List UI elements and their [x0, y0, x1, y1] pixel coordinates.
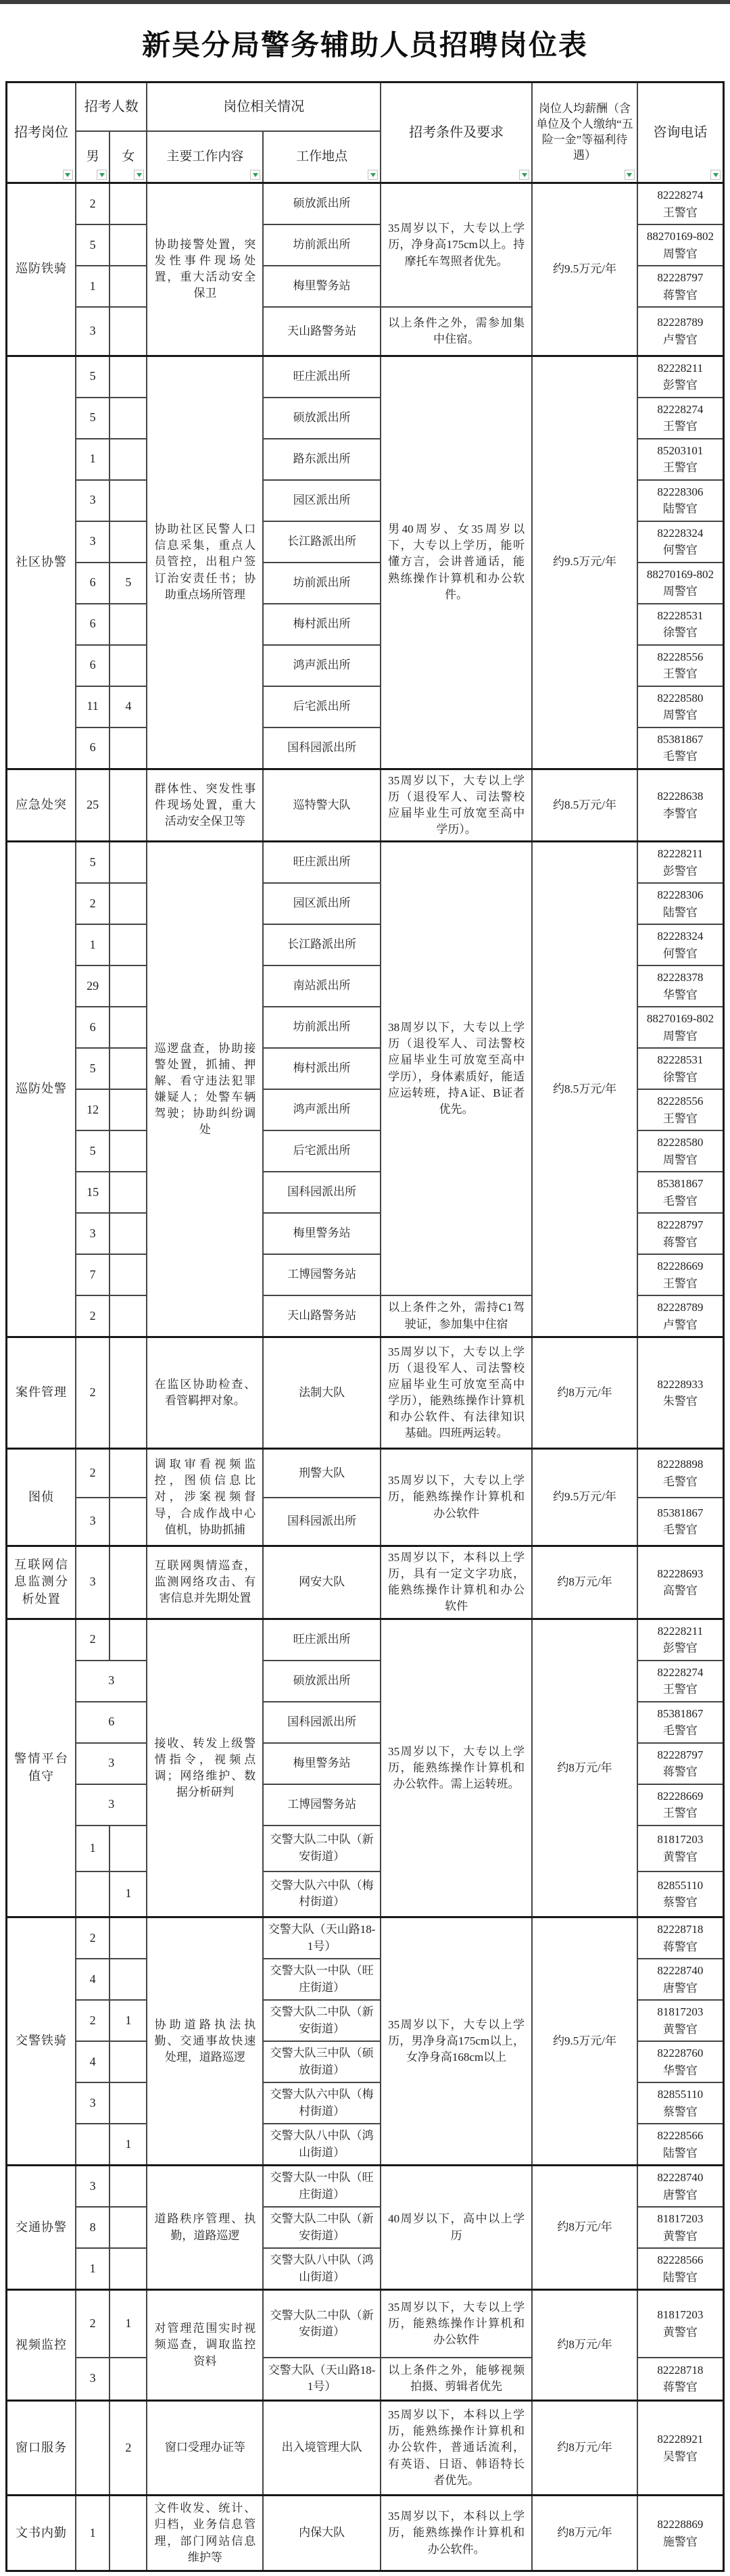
female-count-cell	[109, 965, 147, 1007]
female-count-cell: 2	[109, 2401, 147, 2496]
officer-name: 卢警官	[643, 331, 718, 349]
position-cell: 巡防铁骑	[7, 183, 76, 356]
chevron-down-icon	[137, 173, 142, 177]
salary-cell: 约8万元/年	[532, 2290, 637, 2401]
location-cell: 旺庄派出所	[263, 842, 381, 884]
officer-name: 王警官	[643, 1110, 718, 1128]
content-cell: 协助社区民警人口信息采集，重点人员管控，出租户签订治安责任书；协助重点场所管理	[147, 356, 263, 769]
male-count-cell: 2	[76, 183, 109, 225]
female-count-cell: 5	[109, 563, 147, 604]
female-count-cell	[109, 1130, 147, 1172]
officer-name: 蔡警官	[643, 1894, 718, 1911]
location-cell: 交警大队二中队（新安街道）	[263, 2000, 381, 2041]
phone-cell: 82228274王警官	[637, 398, 724, 439]
male-count-cell: 2	[76, 1619, 109, 1661]
female-count-cell	[109, 2496, 147, 2571]
location-cell: 刑警大队	[263, 1449, 381, 1498]
location-cell: 梅村派出所	[263, 1048, 381, 1089]
location-cell: 旺庄派出所	[263, 356, 381, 398]
male-count-cell	[76, 2401, 109, 2496]
position-cell: 应急处突	[7, 769, 76, 842]
location-cell: 国科园派出所	[263, 1172, 381, 1213]
phone-number: 82228797	[643, 1216, 718, 1234]
phone-number: 81817203	[643, 1831, 718, 1848]
content-cell: 互联网舆情巡查，监测网络攻击、有害信息并先期处置	[147, 1546, 263, 1619]
phone-number: 85203101	[643, 442, 718, 460]
location-cell: 硕放派出所	[263, 398, 381, 439]
phone-number: 88270169-802	[643, 228, 718, 245]
phone-cell: 82228306陆警官	[637, 883, 724, 924]
male-count-cell: 3	[76, 2166, 109, 2208]
male-count-cell: 4	[76, 1959, 109, 2000]
header-count-group: 招考人数	[76, 82, 147, 132]
location-cell: 路东派出所	[263, 439, 381, 480]
phone-cell: 82228274王警官	[637, 183, 724, 225]
phone-cell: 82228760华警官	[637, 2041, 724, 2082]
female-count-cell	[109, 1449, 147, 1498]
position-cell: 图侦	[7, 1449, 76, 1546]
female-count-cell	[109, 398, 147, 439]
phone-number: 82228789	[643, 314, 718, 331]
header-content: 主要工作内容	[147, 131, 263, 183]
male-count-cell	[76, 1871, 109, 1917]
header-location: 工作地点	[263, 131, 381, 183]
male-count-cell: 5	[76, 1130, 109, 1172]
phone-cell: 85381867毛警官	[637, 728, 724, 769]
phone-number: 82228760	[643, 2045, 718, 2062]
phone-cell: 82228556王警官	[637, 645, 724, 686]
salary-cell: 约9.5万元/年	[532, 1917, 637, 2166]
location-cell: 国科园派出所	[263, 728, 381, 769]
location-cell: 工博园警务站	[263, 1254, 381, 1295]
phone-cell: 88270169-802周警官	[637, 563, 724, 604]
female-count-cell	[109, 1498, 147, 1546]
phone-cell: 82228797蒋警官	[637, 1743, 724, 1784]
phone-number: 82228274	[643, 1664, 718, 1681]
phone-number: 82228324	[643, 928, 718, 945]
phone-number: 81817203	[643, 2210, 718, 2228]
male-count-cell: 15	[76, 1172, 109, 1213]
phone-number: 82228638	[643, 788, 718, 805]
condition-cell: 以上条件之外，需持C1驾驶证，参加集中住宿	[381, 1295, 532, 1337]
table-header: 招考岗位 招考人数 岗位相关情况 招考条件及要求 岗位人均薪酬（含单位及个人缴纳…	[7, 82, 724, 183]
table-body: 巡防铁骑2协助接警处置，突发性事件现场处置，重大活动安全保卫硕放派出所35周岁以…	[7, 183, 724, 2571]
content-cell: 文件收发、统计、归档，业务信息管理，部门网站信息维护等	[147, 2496, 263, 2571]
officer-name: 彭警官	[643, 863, 718, 880]
phone-cell: 81817203黄警官	[637, 2207, 724, 2248]
count-cell: 3	[76, 1743, 147, 1784]
table-row: 警情平台值守2接收、转发上级警情指令，视频点调；网络维护、数据分析研判旺庄派出所…	[7, 1619, 724, 1661]
officer-name: 王警官	[643, 204, 718, 222]
condition-cell: 男40周岁、女35周岁以下，大专以上学历，能听懂方言，会讲普通话，能熟练操作计算…	[381, 356, 532, 769]
header-phone: 咨询电话	[637, 82, 724, 183]
phone-cell: 82228638李警官	[637, 769, 724, 842]
officer-name: 李警官	[643, 805, 718, 823]
salary-cell: 约8万元/年	[532, 1619, 637, 1917]
chevron-down-icon	[253, 173, 258, 177]
location-cell: 鸿声派出所	[263, 645, 381, 686]
female-count-cell	[109, 924, 147, 965]
female-count-cell: 1	[109, 1871, 147, 1917]
male-count-cell: 2	[76, 1449, 109, 1498]
filter-icon[interactable]	[519, 170, 529, 180]
count-cell: 3	[76, 1784, 147, 1826]
phone-cell: 85381867毛警官	[637, 1172, 724, 1213]
officer-name: 陆警官	[643, 904, 718, 922]
location-cell: 硕放派出所	[263, 1661, 381, 1702]
male-count-cell: 5	[76, 356, 109, 398]
female-count-cell	[109, 1826, 147, 1871]
male-count-cell: 3	[76, 1546, 109, 1619]
female-count-cell	[109, 1546, 147, 1619]
location-cell: 法制大队	[263, 1337, 381, 1449]
female-count-cell	[109, 307, 147, 356]
officer-name: 王警官	[643, 459, 718, 477]
male-count-cell: 3	[76, 307, 109, 356]
header-position-label: 招考岗位	[14, 125, 68, 140]
phone-cell: 82228566陆警官	[637, 2248, 724, 2290]
phone-number: 82228566	[643, 2251, 718, 2269]
location-cell: 交警大队六中队（梅村街道）	[263, 2082, 381, 2124]
content-cell: 协助道路执法执勤、交通事故快速处理，道路巡逻	[147, 1917, 263, 2166]
phone-number: 82855110	[643, 1877, 718, 1894]
filter-icon[interactable]	[63, 170, 73, 180]
phone-number: 85381867	[643, 1175, 718, 1193]
content-cell: 道路秩序管理、执勤，道路巡逻	[147, 2166, 263, 2290]
female-count-cell	[109, 1959, 147, 2000]
phone-cell: 82228211彭警官	[637, 1619, 724, 1661]
filter-icon[interactable]	[625, 170, 635, 180]
condition-cell: 35周岁以下，大专以上学历，净身高175cm以上。持摩托车驾照者优先。	[381, 183, 532, 308]
phone-cell: 81817203黄警官	[637, 2000, 724, 2041]
header-related-group-label: 岗位相关情况	[223, 99, 304, 114]
phone-number: 85381867	[643, 1705, 718, 1723]
officer-name: 黄警官	[643, 1848, 718, 1866]
salary-cell: 约8.5万元/年	[532, 769, 637, 842]
male-count-cell	[76, 2124, 109, 2166]
filter-icon[interactable]	[97, 170, 107, 180]
female-count-cell	[109, 1337, 147, 1449]
phone-cell: 82228693高警官	[637, 1546, 724, 1619]
phone-cell: 82228797蒋警官	[637, 1213, 724, 1254]
table-row: 交警铁骑2协助道路执法执勤、交通事故快速处理，道路巡逻交警大队（天山路18-1号…	[7, 1917, 724, 1959]
phone-number: 82228566	[643, 2127, 718, 2145]
phone-number: 82228669	[643, 1258, 718, 1275]
salary-cell: 约9.5万元/年	[532, 1449, 637, 1546]
location-cell: 交警大队（天山路18-1号）	[263, 1917, 381, 1959]
officer-name: 周警官	[643, 1151, 718, 1169]
header-location-label: 工作地点	[296, 149, 347, 164]
location-cell: 交警大队一中队（旺庄街道）	[263, 1959, 381, 2000]
phone-number: 82228324	[643, 525, 718, 542]
location-cell: 交警大队二中队（新安街道）	[263, 2290, 381, 2358]
chevron-down-icon	[99, 173, 105, 177]
female-count-cell	[109, 480, 147, 521]
officer-name: 唐警官	[643, 1980, 718, 1997]
position-cell: 警情平台值守	[7, 1619, 76, 1917]
male-count-cell: 8	[76, 2207, 109, 2248]
location-cell: 交警大队二中队（新安街道）	[263, 2207, 381, 2248]
phone-number: 82228789	[643, 1299, 718, 1316]
phone-cell: 81817203黄警官	[637, 2290, 724, 2358]
location-cell: 内保大队	[263, 2496, 381, 2571]
female-count-cell	[109, 769, 147, 842]
male-count-cell: 2	[76, 1337, 109, 1449]
location-cell: 坊前派出所	[263, 563, 381, 604]
header-count-group-label: 招考人数	[84, 99, 139, 114]
male-count-cell: 29	[76, 965, 109, 1007]
phone-number: 88270169-802	[643, 566, 718, 583]
position-cell: 交通协警	[7, 2166, 76, 2290]
salary-cell: 约9.5万元/年	[532, 356, 637, 769]
officer-name: 毛警官	[643, 1193, 718, 1210]
officer-name: 彭警官	[643, 1640, 718, 1657]
female-count-cell	[109, 1619, 147, 1661]
phone-number: 82228898	[643, 1456, 718, 1473]
officer-name: 朱警官	[643, 1393, 718, 1410]
phone-cell: 82228898毛警官	[637, 1449, 724, 1498]
location-cell: 网安大队	[263, 1546, 381, 1619]
phone-cell: 82228211彭警官	[637, 356, 724, 398]
female-count-cell	[109, 645, 147, 686]
female-count-cell: 1	[109, 2290, 147, 2358]
condition-cell: 35周岁以下，大专以上学历，能熟练操作计算机和办公软件。需上运转班。	[381, 1619, 532, 1917]
female-count-cell	[109, 356, 147, 398]
phone-number: 82228718	[643, 1921, 718, 1938]
phone-cell: 88270169-802周警官	[637, 224, 724, 266]
location-cell: 巡特警大队	[263, 769, 381, 842]
officer-name: 高警官	[643, 1582, 718, 1600]
table-row: 巡防铁骑2协助接警处置，突发性事件现场处置，重大活动安全保卫硕放派出所35周岁以…	[7, 183, 724, 225]
table-row: 图侦2调取审看视频监控，图侦信息比对，涉案视频督导，合成作战中心值机，协助抓捕刑…	[7, 1449, 724, 1498]
male-count-cell: 5	[76, 842, 109, 884]
table-row: 互联网信息监测分析处置3互联网舆情巡查，监测网络攻击、有害信息并先期处置网安大队…	[7, 1546, 724, 1619]
header-content-label: 主要工作内容	[166, 149, 243, 164]
filter-icon[interactable]	[134, 170, 144, 180]
phone-number: 82228740	[643, 1962, 718, 1980]
condition-cell: 以上条件之外，能够视频拍摄、剪辑者优先	[381, 2358, 532, 2401]
phone-number: 82228274	[643, 187, 718, 204]
table-row: 巡防处警5巡逻盘查，协助接警处置，抓捕、押解、看守违法犯罪嫌疑人；处警车辆驾驶；…	[7, 842, 724, 884]
female-count-cell	[109, 2166, 147, 2208]
position-cell: 社区协警	[7, 356, 76, 769]
male-count-cell: 2	[76, 2000, 109, 2041]
phone-cell: 82228531徐警官	[637, 1048, 724, 1089]
position-cell: 文书内勤	[7, 2496, 76, 2571]
officer-name: 周警官	[643, 583, 718, 600]
female-count-cell	[109, 439, 147, 480]
location-cell: 国科园派出所	[263, 1702, 381, 1743]
phone-number: 85381867	[643, 731, 718, 748]
location-cell: 交警大队二中队（新安街道）	[263, 1826, 381, 1871]
male-count-cell: 1	[76, 2496, 109, 2571]
officer-name: 蒋警官	[643, 287, 718, 304]
location-cell: 交警大队三中队（硕放街道）	[263, 2041, 381, 2082]
phone-number: 82228797	[643, 269, 718, 287]
salary-cell: 约8万元/年	[532, 2496, 637, 2571]
phone-number: 82228869	[643, 2516, 718, 2533]
recruitment-table-page: { "title": "新吴分局警务辅助人员招聘岗位表", "header": …	[0, 0, 730, 2576]
officer-name: 黄警官	[643, 2228, 718, 2245]
female-count-cell	[109, 1213, 147, 1254]
female-count-cell	[109, 1917, 147, 1959]
phone-cell: 85203101王警官	[637, 439, 724, 480]
male-count-cell: 12	[76, 1089, 109, 1130]
female-count-cell	[109, 2248, 147, 2290]
location-cell: 后宅派出所	[263, 1130, 381, 1172]
phone-number: 82228580	[643, 1134, 718, 1151]
phone-cell: 82228531徐警官	[637, 604, 724, 645]
officer-name: 蒋警官	[643, 1763, 718, 1781]
header-salary-label: 岗位人均薪酬（含单位及个人缴纳“五险一金”等福利待遇）	[536, 102, 633, 162]
male-count-cell: 1	[76, 266, 109, 307]
female-count-cell	[109, 883, 147, 924]
phone-number: 82228718	[643, 2362, 718, 2379]
female-count-cell	[109, 224, 147, 266]
phone-number: 82228740	[643, 2169, 718, 2187]
male-count-cell: 6	[76, 645, 109, 686]
female-count-cell: 1	[109, 2124, 147, 2166]
position-cell: 交警铁骑	[7, 1917, 76, 2166]
officer-name: 何警官	[643, 542, 718, 559]
male-count-cell: 1	[76, 439, 109, 480]
phone-number: 82228580	[643, 690, 718, 707]
count-cell: 6	[76, 1702, 147, 1743]
condition-cell: 以上条件之外，需参加集中住宿。	[381, 307, 532, 356]
phone-number: 82228378	[643, 969, 718, 986]
male-count-cell: 1	[76, 924, 109, 965]
officer-name: 毛警官	[643, 1473, 718, 1491]
content-cell: 接收、转发上级警情指令，视频点调；网络维护、数据分析研判	[147, 1619, 263, 1917]
phone-cell: 82228324何警官	[637, 521, 724, 563]
header-male: 男	[76, 131, 109, 183]
location-cell: 交警大队一中队（旺庄街道）	[263, 2166, 381, 2208]
officer-name: 周警官	[643, 707, 718, 724]
location-cell: 梅里警务站	[263, 266, 381, 307]
content-cell: 群体性、突发性事件现场处置，重大活动安全保卫等	[147, 769, 263, 842]
male-count-cell: 2	[76, 2290, 109, 2358]
phone-number: 82228531	[643, 1051, 718, 1069]
condition-cell: 35周岁以下，本科以上学历，能熟练操作计算机和办公软件。	[381, 2496, 532, 2571]
phone-cell: 81817203黄警官	[637, 1826, 724, 1871]
phone-cell: 82228669王警官	[637, 1784, 724, 1826]
phone-number: 82855110	[643, 2086, 718, 2103]
phone-cell: 82228797蒋警官	[637, 266, 724, 307]
location-cell: 后宅派出所	[263, 686, 381, 728]
male-count-cell: 6	[76, 604, 109, 645]
header-salary: 岗位人均薪酬（含单位及个人缴纳“五险一金”等福利待遇）	[532, 82, 637, 183]
phone-cell: 82228306陆警官	[637, 480, 724, 521]
male-count-cell: 3	[76, 521, 109, 563]
table-row: 文书内勤1文件收发、统计、归档，业务信息管理，部门网站信息维护等内保大队35周岁…	[7, 2496, 724, 2571]
chevron-down-icon	[522, 173, 527, 177]
chevron-down-icon	[713, 173, 719, 177]
phone-cell: 88270169-802周警官	[637, 1007, 724, 1048]
phone-number: 82228669	[643, 1788, 718, 1805]
phone-number: 82228933	[643, 1376, 718, 1393]
male-count-cell: 2	[76, 1917, 109, 1959]
location-cell: 天山路警务站	[263, 307, 381, 356]
phone-number: 82228211	[643, 360, 718, 377]
salary-cell: 约8.5万元/年	[532, 842, 637, 1337]
officer-name: 王警官	[643, 1275, 718, 1293]
chevron-down-icon	[370, 173, 376, 177]
page-title: 新吴分局警务辅助人员招聘岗位表	[0, 4, 730, 81]
officer-name: 彭警官	[643, 377, 718, 394]
officer-name: 陆警官	[643, 2145, 718, 2162]
phone-number: 85381867	[643, 1504, 718, 1522]
male-count-cell: 5	[76, 224, 109, 266]
filter-icon[interactable]	[710, 170, 721, 180]
officer-name: 王警官	[643, 665, 718, 683]
condition-cell: 35周岁以下，大专以上学历（退役军人、司法警校应届毕业生可放宽至高中学历）。	[381, 769, 532, 842]
phone-number: 81817203	[643, 2003, 718, 2021]
location-cell: 长江路派出所	[263, 924, 381, 965]
header-male-label: 男	[87, 149, 99, 164]
officer-name: 卢警官	[643, 1316, 718, 1334]
officer-name: 蒋警官	[643, 1234, 718, 1251]
female-count-cell	[109, 728, 147, 769]
male-count-cell: 3	[76, 1213, 109, 1254]
location-cell: 鸿声派出所	[263, 1089, 381, 1130]
content-cell: 在监区协助检查、看管羁押对象。	[147, 1337, 263, 1449]
salary-cell: 约8万元/年	[532, 2401, 637, 2496]
table-row: 应急处突25群体性、突发性事件现场处置，重大活动安全保卫等巡特警大队35周岁以下…	[7, 769, 724, 842]
content-cell: 巡逻盘查，协助接警处置，抓捕、押解、看守违法犯罪嫌疑人；处警车辆驾驶；协助纠纷调…	[147, 842, 263, 1337]
male-count-cell: 25	[76, 769, 109, 842]
female-count-cell	[109, 2082, 147, 2124]
male-count-cell: 5	[76, 398, 109, 439]
filter-icon[interactable]	[250, 170, 260, 180]
header-phone-label: 咨询电话	[653, 125, 707, 140]
phone-number: 82228306	[643, 886, 718, 904]
condition-cell: 38周岁以下，大专以上学历（退役军人、司法警校应届毕业生可放宽至高中学历），身体…	[381, 842, 532, 1296]
male-count-cell: 7	[76, 1254, 109, 1295]
officer-name: 陆警官	[643, 2269, 718, 2287]
condition-cell: 35周岁以下，本科以上学历，具有一定文字功底，能熟练操作计算机和办公软件	[381, 1546, 532, 1619]
phone-cell: 82228669王警官	[637, 1254, 724, 1295]
officer-name: 徐警官	[643, 624, 718, 642]
content-cell: 窗口受理办证等	[147, 2401, 263, 2496]
phone-number: 88270169-802	[643, 1010, 718, 1028]
phone-cell: 82228580周警官	[637, 686, 724, 728]
location-cell: 出入境管理大队	[263, 2401, 381, 2496]
officer-name: 周警官	[643, 1028, 718, 1045]
location-cell: 梅村派出所	[263, 604, 381, 645]
phone-number: 82228211	[643, 845, 718, 863]
officer-name: 毛警官	[643, 1722, 718, 1740]
phone-number: 82228274	[643, 401, 718, 419]
officer-name: 蒋警官	[643, 1938, 718, 1956]
phone-cell: 82228556王警官	[637, 1089, 724, 1130]
officer-name: 毛警官	[643, 1521, 718, 1539]
officer-name: 毛警官	[643, 748, 718, 765]
male-count-cell: 1	[76, 1826, 109, 1871]
filter-icon[interactable]	[368, 170, 378, 180]
officer-name: 徐警官	[643, 1069, 718, 1087]
officer-name: 吴警官	[643, 2448, 718, 2466]
location-cell: 交警大队八中队（鸿山街道）	[263, 2248, 381, 2290]
phone-cell: 82228211彭警官	[637, 842, 724, 884]
female-count-cell	[109, 1295, 147, 1337]
salary-cell: 约8万元/年	[532, 1337, 637, 1449]
header-position: 招考岗位	[7, 82, 76, 183]
location-cell: 天山路警务站	[263, 1295, 381, 1337]
officer-name: 周警官	[643, 245, 718, 263]
female-count-cell: 1	[109, 2000, 147, 2041]
location-cell: 交警大队八中队（鸿山街道）	[263, 2124, 381, 2166]
female-count-cell	[109, 183, 147, 225]
